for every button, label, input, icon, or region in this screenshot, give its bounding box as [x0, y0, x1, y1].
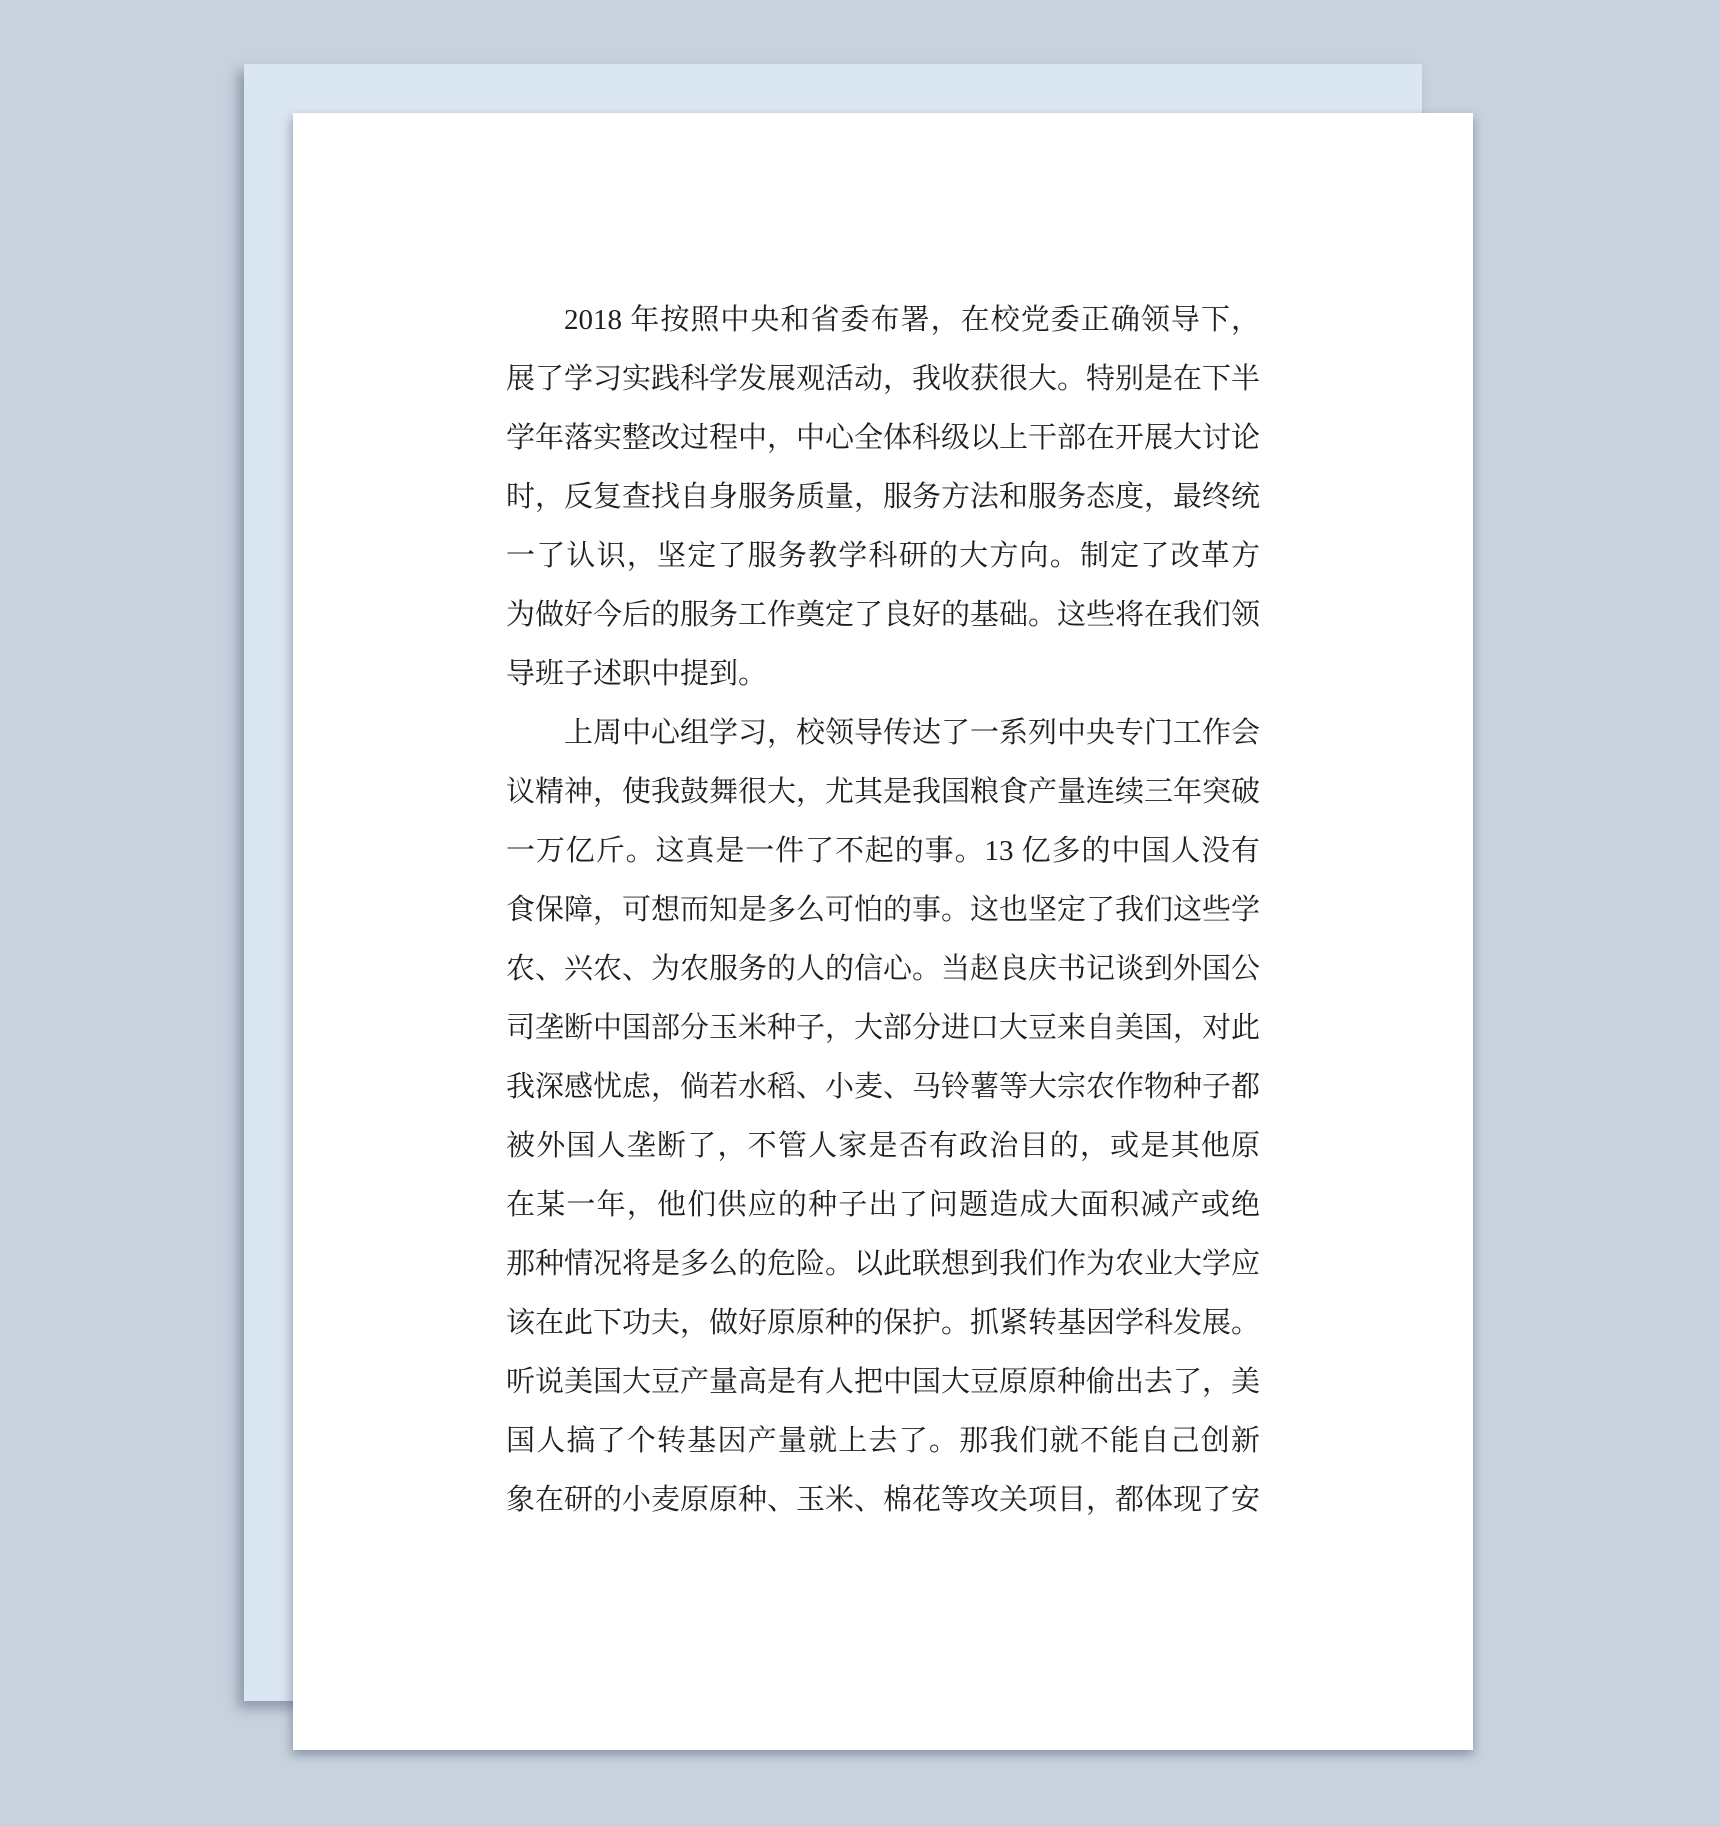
text-line: 国人搞了个转基因产量就上去了。那我们就不能自己创新吗？ [506, 1412, 1260, 1471]
text-line: 一了认识，坚定了服务教学科研的大方向。制定了改革方案， [506, 527, 1260, 586]
text-line: 被外国人垄断了，不管人家是否有政治目的，或是其他原因。 [506, 1117, 1260, 1176]
document-canvas: 2018 年按照中央和省委布署，在校党委正确领导下，开展了学习实践科学发展观活动… [0, 0, 1720, 1826]
text-line: 展了学习实践科学发展观活动，我收获很大。特别是在下半 [506, 350, 1260, 409]
document-body: 2018 年按照中央和省委布署，在校党委正确领导下，开展了学习实践科学发展观活动… [506, 291, 1260, 1530]
paragraph: 2018 年按照中央和省委布署，在校党委正确领导下，开展了学习实践科学发展观活动… [506, 291, 1260, 704]
text-line: 农、兴农、为农服务的人的信心。当赵良庆书记谈到外国公 [506, 940, 1260, 999]
document-page: 2018 年按照中央和省委布署，在校党委正确领导下，开展了学习实践科学发展观活动… [293, 113, 1473, 1750]
text-line: 议精神，使我鼓舞很大，尤其是我国粮食产量连续三年突破 [506, 763, 1260, 822]
text-line: 2018 年按照中央和省委布署，在校党委正确领导下，开 [506, 291, 1260, 350]
paragraph: 上周中心组学习，校领导传达了一系列中央专门工作会议精神，使我鼓舞很大，尤其是我国… [506, 704, 1260, 1530]
text-line: 食保障，可想而知是多么可怕的事。这也坚定了我们这些学 [506, 881, 1260, 940]
text-line: 我深感忧虑，倘若水稻、小麦、马铃薯等大宗农作物种子都 [506, 1058, 1260, 1117]
text-line: 上周中心组学习，校领导传达了一系列中央专门工作会 [506, 704, 1260, 763]
text-line: 听说美国大豆产量高是有人把中国大豆原原种偷出去了，美 [506, 1353, 1260, 1412]
text-line: 那种情况将是多么的危险。以此联想到我们作为农业大学应 [506, 1235, 1260, 1294]
text-line: 为做好今后的服务工作奠定了良好的基础。这些将在我们领 [506, 586, 1260, 645]
text-line: 该在此下功夫，做好原原种的保护。抓紧转基因学科发展。 [506, 1294, 1260, 1353]
text-line: 在某一年，他们供应的种子出了问题造成大面积减产或绝收， [506, 1176, 1260, 1235]
text-line: 象在研的小麦原原种、玉米、棉花等攻关项目，都体现了安 [506, 1471, 1260, 1530]
text-line: 导班子述职中提到。 [506, 645, 1260, 704]
text-line: 学年落实整改过程中，中心全体科级以上干部在开展大讨论 [506, 409, 1260, 468]
text-line: 司垄断中国部分玉米种子，大部分进口大豆来自美国，对此 [506, 999, 1260, 1058]
text-line: 时，反复查找自身服务质量，服务方法和服务态度，最终统 [506, 468, 1260, 527]
text-line: 一万亿斤。这真是一件了不起的事。13 亿多的中国人没有粮 [506, 822, 1260, 881]
